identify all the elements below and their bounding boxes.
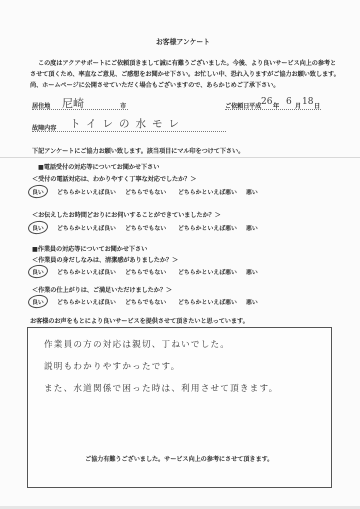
- option-somewhat-bad[interactable]: どちらかといえば悪い: [178, 223, 237, 232]
- comment-line-2: 説明もわかりやすかったです。: [44, 360, 180, 372]
- comments-lead: お客様のお声をもとにより良いサービスを提供させて頂きたいと思っています。: [30, 316, 249, 325]
- option-good[interactable]: 良い: [32, 297, 44, 306]
- option-somewhat-good[interactable]: どちらかといえば良い: [57, 267, 116, 276]
- residence-field[interactable]: 居住地 尼崎 市: [32, 98, 128, 110]
- option-somewhat-good[interactable]: どちらかといえば良い: [57, 297, 116, 306]
- divider: [0, 157, 360, 158]
- question-staff-appearance: ＜作業員の身だしなみは、清潔感がありましたか？＞: [32, 255, 178, 264]
- request-date-field[interactable]: ご依頼日 平成 26 年 6 月 18 日: [225, 98, 321, 110]
- request-date-month: 6: [286, 97, 292, 107]
- option-bad[interactable]: 悪い: [246, 297, 258, 306]
- intro-line-1: この度はアクアサポートにご依頼頂きまして誠に有難うございました。今後、より良いサ…: [38, 58, 336, 67]
- option-somewhat-good[interactable]: どちらかといえば良い: [57, 223, 116, 232]
- survey-title: お客様アンケート: [156, 36, 210, 46]
- option-bad[interactable]: 悪い: [246, 223, 258, 232]
- option-neutral[interactable]: どちらでもない: [125, 267, 166, 276]
- request-date-label: ご依頼日: [225, 101, 249, 110]
- section-heading-staff: ■作業員の対応等についてお聞かせ下さい: [32, 244, 147, 253]
- option-neutral[interactable]: どちらでもない: [125, 297, 166, 306]
- rating-row: 良い どちらかといえば良い どちらでもない どちらかといえば悪い 悪い: [0, 297, 360, 309]
- request-date-day: 18: [302, 97, 313, 107]
- option-good[interactable]: 良い: [32, 267, 44, 276]
- issue-field[interactable]: 故障内容 トイレの水モレ: [32, 120, 226, 132]
- footer-thanks: ご協力有難うございました。サービス向上の参考にさせて頂きます。: [85, 454, 273, 463]
- option-somewhat-bad[interactable]: どちらかといえば悪い: [178, 297, 237, 306]
- rating-row: 良い どちらかといえば良い どちらでもない どちらかといえば悪い 悪い: [0, 223, 360, 235]
- option-somewhat-bad[interactable]: どちらかといえば悪い: [178, 187, 237, 196]
- option-bad[interactable]: 悪い: [246, 267, 258, 276]
- rating-row: 良い どちらかといえば良い どちらでもない どちらかといえば悪い 悪い: [0, 267, 360, 279]
- rating-row: 良い どちらかといえば良い どちらでもない どちらかといえば悪い 悪い: [0, 187, 360, 199]
- option-bad[interactable]: 悪い: [246, 187, 258, 196]
- option-neutral[interactable]: どちらでもない: [125, 223, 166, 232]
- question-phone-clarity: ＜受付の電話対応は、わかりやすく丁寧な対応でしたか？＞: [32, 174, 196, 183]
- comment-line-1: 作業員の方の対応は親切、丁ねいでした。: [44, 338, 230, 350]
- question-arrival-time: ＜お伝えしたお時間どおりにお伺いすることができていましたか？＞: [32, 210, 221, 219]
- option-somewhat-good[interactable]: どちらかといえば良い: [57, 187, 116, 196]
- question-work-quality: ＜作業の仕上がりは、ご満足いただけましたか？＞: [32, 285, 172, 294]
- instruction-text: 下記アンケートにご協力お願い致します。該当項目にマル印をつけて下さい。: [32, 146, 244, 155]
- residence-value: 尼崎: [62, 95, 84, 111]
- option-good[interactable]: 良い: [32, 223, 44, 232]
- option-neutral[interactable]: どちらでもない: [125, 187, 166, 196]
- intro-line-3: 尚、ホームページに公開させていただく場合もございますので、あらかじめご了承下さい…: [30, 80, 279, 89]
- year-unit: 年: [273, 101, 279, 110]
- residence-label: 居住地: [32, 101, 50, 110]
- option-good[interactable]: 良い: [32, 187, 44, 196]
- option-somewhat-bad[interactable]: どちらかといえば悪い: [178, 267, 237, 276]
- issue-label: 故障内容: [32, 123, 56, 132]
- comments-box[interactable]: 作業員の方の対応は親切、丁ねいでした。 説明もわかりやすかったです。 また、水道…: [27, 327, 332, 488]
- request-date-era: 平成: [249, 101, 261, 110]
- section-heading-phone: ■電話受付の対応等についてお聞かせ下さい: [38, 162, 159, 171]
- month-unit: 月: [295, 101, 301, 110]
- day-unit: 日: [314, 101, 320, 110]
- comment-line-3: また、水道関係で困った時は、利用させて頂きます。: [44, 382, 278, 394]
- intro-line-2: させて頂くため、率直なご意見、ご感想をお聞かせ下さい。お忙しい中、恐れ入りますが…: [30, 69, 340, 78]
- request-date-year: 26: [261, 97, 272, 107]
- issue-value: トイレの水モレ: [70, 116, 185, 131]
- residence-suffix: 市: [120, 101, 126, 110]
